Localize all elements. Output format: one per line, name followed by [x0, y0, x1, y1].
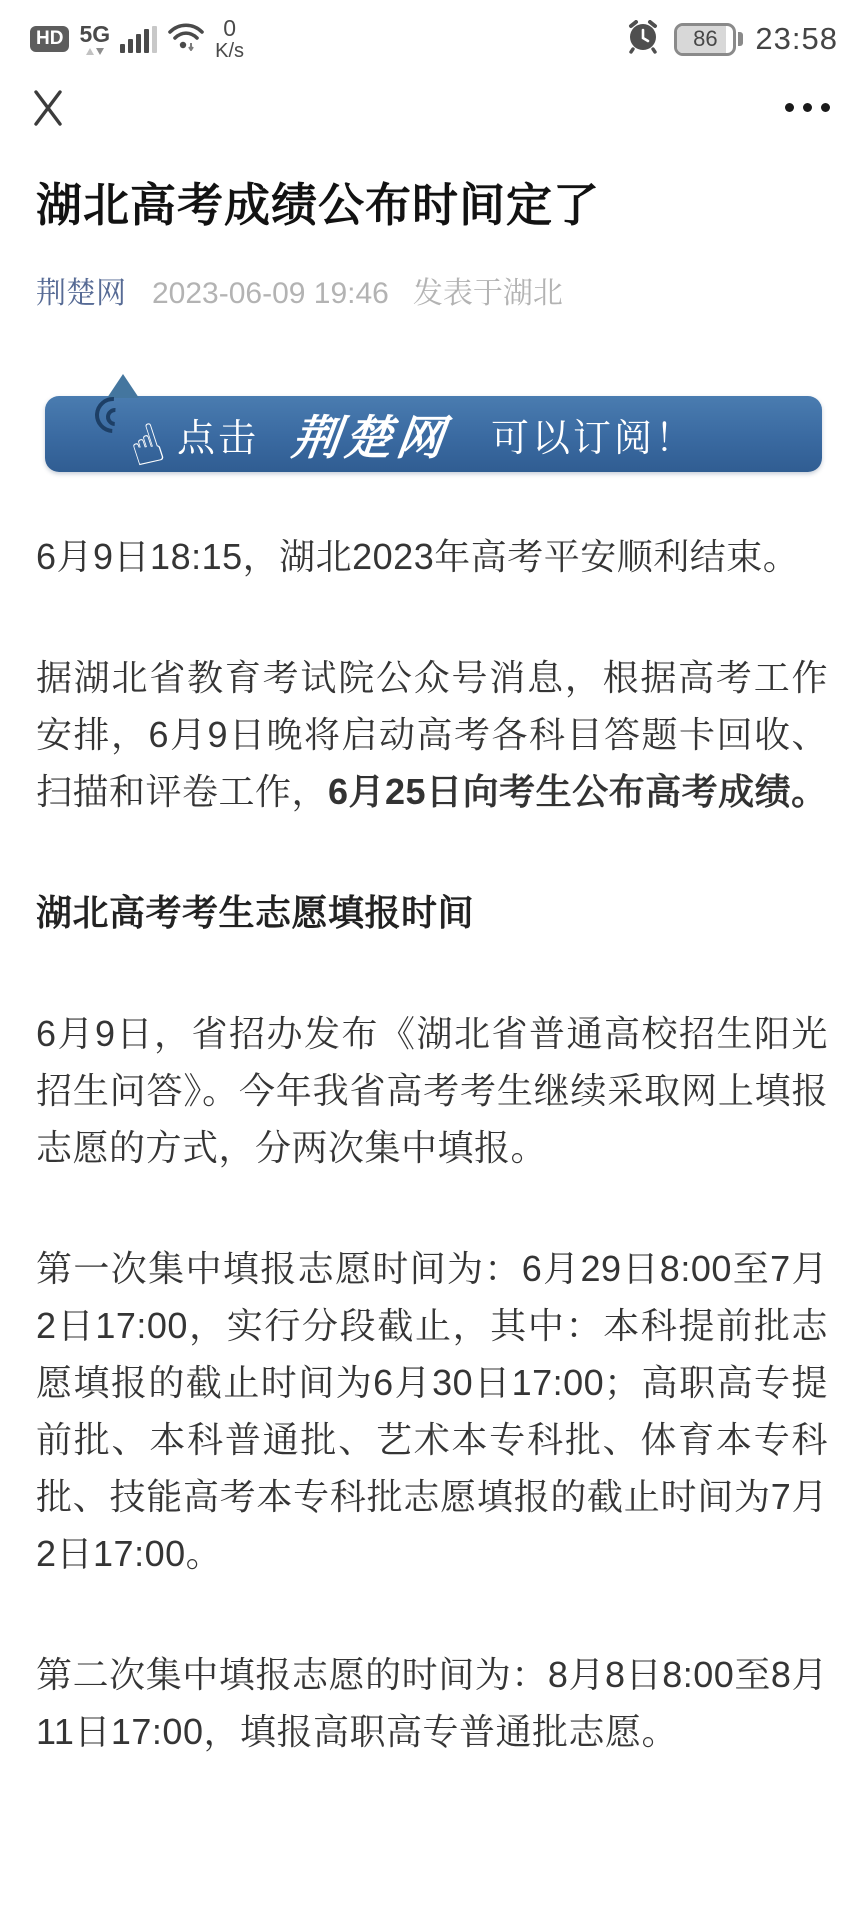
download-arrow-icon	[96, 48, 104, 55]
status-bar-right: 86 23:58	[614, 20, 838, 59]
hd-badge-icon: HD	[30, 26, 69, 52]
paragraph-score-release-bold: 6月25日向考生公布高考成绩。	[328, 771, 828, 812]
close-button[interactable]	[28, 85, 68, 129]
clock-time-label: 23:58	[755, 21, 838, 57]
subscribe-banner-wrap: ☝ 点击 荆楚网 可以订阅！	[45, 396, 822, 472]
more-dots-icon	[803, 103, 812, 112]
signal-bars-icon	[120, 25, 157, 53]
section-heading-volunteer-time: 湖北高考考生志愿填报时间	[36, 884, 828, 941]
publish-datetime: 2023-06-09 19:46	[152, 277, 389, 311]
network-speed-indicator: 0 K/s	[215, 16, 244, 61]
tap-hand-icon: ☝	[99, 401, 165, 467]
battery-icon: 86	[674, 23, 743, 56]
battery-body: 86	[674, 23, 736, 56]
signal-bar	[128, 39, 133, 53]
upload-arrow-icon	[86, 48, 94, 55]
more-dots-icon	[785, 103, 794, 112]
article-content: 湖北高考成绩公布时间定了 荆楚网 2023-06-09 19:46 发表于湖北 …	[0, 174, 864, 1760]
paragraph-volunteer-overview: 6月9日，省招办发布《湖北省普通高校招生阳光招生问答》。今年我省高考考生继续采取…	[36, 1005, 828, 1176]
battery-percent-label: 86	[693, 26, 717, 52]
network-speed-unit: K/s	[215, 41, 244, 62]
subscribe-banner[interactable]: ☝ 点击 荆楚网 可以订阅！	[45, 396, 822, 472]
banner-brand-name: 荆楚网	[289, 401, 453, 468]
status-bar: HD 5G	[0, 0, 864, 62]
article-nav-bar	[0, 62, 864, 128]
close-icon	[30, 86, 66, 128]
more-menu-button[interactable]	[783, 93, 832, 122]
paragraph-first-batch: 第一次集中填报志愿时间为：6月29日8:00至7月2日17:00，实行分段截止，…	[36, 1240, 828, 1582]
publish-location: 发表于湖北	[413, 268, 563, 312]
banner-action-text: 点击	[177, 407, 259, 462]
network-type-indicator: 5G	[79, 23, 110, 55]
banner-suffix-text: 可以订阅！	[491, 407, 696, 462]
battery-cap	[738, 32, 743, 46]
paragraph-score-release: 据湖北省教育考试院公众号消息，根据高考工作安排，6月9日晚将启动高考各科目答题卡…	[36, 649, 828, 820]
byline: 荆楚网 2023-06-09 19:46 发表于湖北	[36, 268, 828, 312]
paragraph-second-batch: 第二次集中填报志愿的时间为：8月8日8:00至8月11日17:00，填报高职高专…	[36, 1646, 828, 1760]
network-speed-value: 0	[223, 16, 236, 40]
network-type-label: 5G	[79, 23, 110, 46]
banner-tail-pointer	[107, 374, 139, 398]
signal-bar	[120, 44, 125, 53]
wifi-icon	[167, 21, 205, 56]
data-traffic-arrows-icon	[86, 48, 104, 55]
signal-bar	[136, 34, 141, 53]
article-title: 湖北高考成绩公布时间定了	[36, 174, 828, 236]
paragraph-exam-finished: 6月9日18:15，湖北2023年高考平安顺利结束。	[36, 528, 828, 585]
signal-bar	[144, 29, 149, 53]
wechat-article-screen: HD 5G	[0, 0, 864, 1920]
status-bar-left: HD 5G	[30, 16, 254, 61]
pointing-hand-glyph: ☝	[123, 415, 171, 477]
more-dots-icon	[821, 103, 830, 112]
alarm-clock-icon	[626, 20, 660, 59]
signal-bar	[152, 26, 157, 53]
article-body: 6月9日18:15，湖北2023年高考平安顺利结束。 据湖北省教育考试院公众号消…	[36, 528, 828, 1760]
source-account-link[interactable]: 荆楚网	[36, 268, 126, 312]
